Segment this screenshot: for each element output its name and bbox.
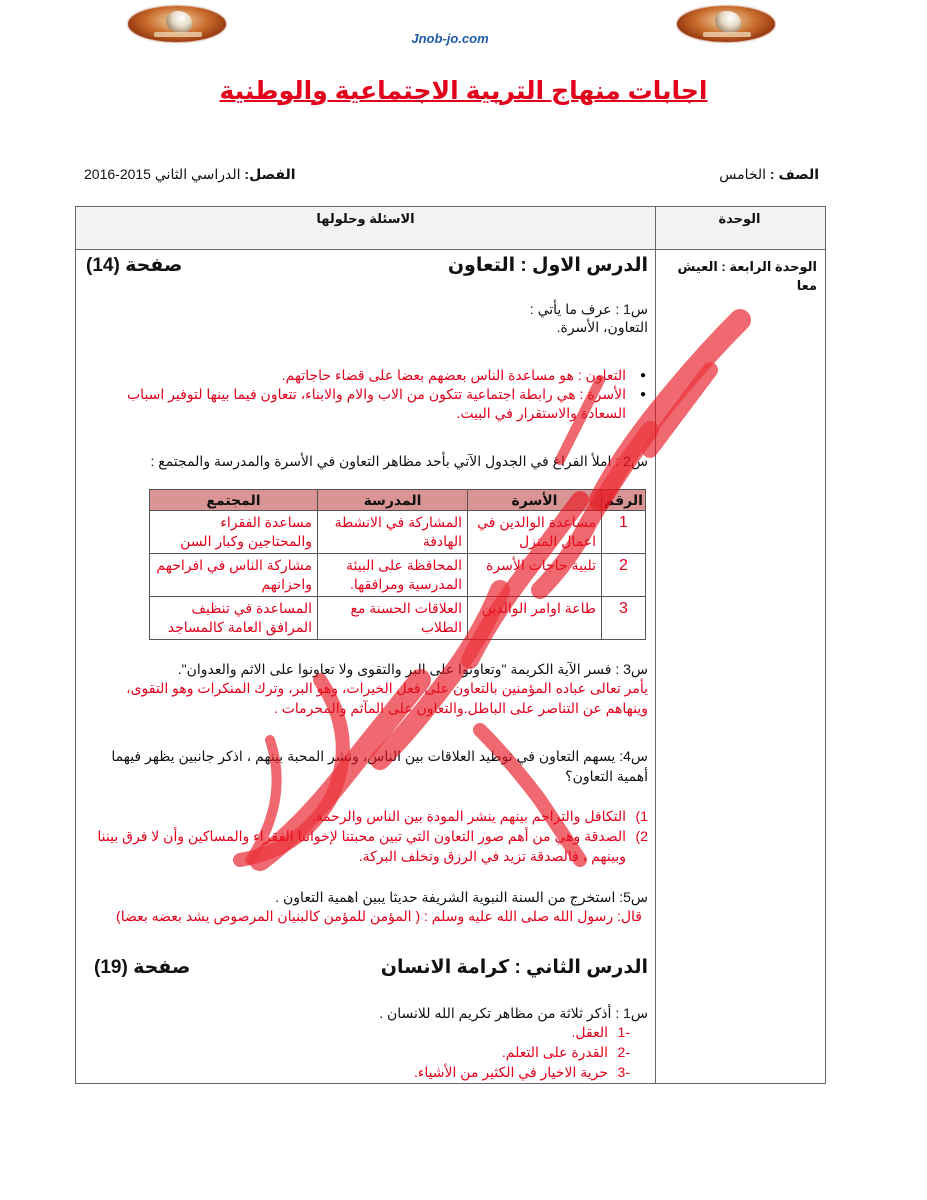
logo-caption (154, 32, 202, 37)
column-divider (655, 207, 656, 1083)
cell: المشاركة في الانشطة الهادفة (318, 511, 468, 554)
cell: 2 (602, 554, 646, 597)
term-label: الفصل: (244, 166, 295, 182)
answer-text: التكافل والتراحم بينهم ينشر المودة بين ا… (312, 808, 626, 824)
term-info: الفصل: الدراسي الثاني 2015-2016 (84, 166, 296, 183)
falcon-icon (715, 11, 741, 33)
lesson1-header: الدرس الاول : التعاون صفحة (14) (86, 254, 648, 277)
q1-answer: التعاون : هو مساعدة الناس بعضهم بعضا على… (86, 366, 648, 385)
lesson1-page: صفحة (14) (86, 254, 182, 277)
q1-question: س1 : عرف ما يأتي : (86, 300, 648, 318)
lesson2-q1-block: س1 : أذكر ثلاثة من مظاهر تكريم الله للان… (86, 1004, 648, 1082)
col-header: الأسرة (468, 490, 602, 511)
site-link[interactable]: Jnob-jo.com (385, 31, 515, 46)
answer-number: -2 (618, 1042, 630, 1062)
falcon-icon (166, 11, 192, 33)
table-row: 2 تلبية حاجات الأسرة المحافظة على البيئة… (150, 554, 646, 597)
grade-info: الصف : الخامس (719, 166, 819, 183)
grade-value: الخامس (719, 166, 766, 182)
lesson2-page: صفحة (19) (94, 956, 190, 979)
q2-block: س2 : املأ الفراغ في الجدول الآتي بأحد مظ… (86, 452, 648, 470)
q1-answer: الأسرة : هي رابطة اجتماعية تتكون من الاب… (86, 385, 648, 423)
q5-answer: قال: رسول الله صلى الله عليه وسلم : ( ال… (86, 906, 648, 926)
q4-answer: 2)الصدقة وهي من أهم صور التعاون التي تبي… (86, 826, 648, 866)
term-value: الدراسي الثاني 2015-2016 (84, 166, 241, 182)
logo-right (677, 6, 775, 42)
cell: مساعدة الوالدين في اعمال المنزل (468, 511, 602, 554)
cell: مساعدة الفقراء والمحتاجين وكبار السن (150, 511, 318, 554)
col-header: الرقم (602, 490, 646, 511)
grade-label: الصف : (770, 166, 819, 182)
page-title: اجابات منهاج التربية الاجتماعية والوطنية (0, 76, 927, 106)
q4-answer-list: 1)التكافل والتراحم بينهم ينشر المودة بين… (86, 806, 648, 866)
q1-block: س1 : عرف ما يأتي : التعاون، الأسرة. (86, 300, 648, 336)
q5-block: س5: استخرج من السنة النبوية الشريفة حديث… (86, 888, 648, 926)
answer-number: 1) (636, 806, 648, 826)
q4-block: س4: يسهم التعاون في توطيد العلاقات بين ا… (86, 746, 648, 786)
logo-left (128, 6, 226, 42)
cell: العلاقات الحسنة مع الطلاب (318, 597, 468, 640)
table-row: 1 مساعدة الوالدين في اعمال المنزل المشار… (150, 511, 646, 554)
lesson2-q1-answers: -1العقل. -2القدرة على التعلم. -3حرية الا… (86, 1022, 648, 1082)
cell: مشاركة الناس في افراحهم واحزانهم (150, 554, 318, 597)
unit-name: الوحدة الرابعة : العيش معا (667, 257, 817, 295)
answer-text: القدرة على التعلم. (502, 1044, 608, 1060)
cell: 3 (602, 597, 646, 640)
q4-answer: 1)التكافل والتراحم بينهم ينشر المودة بين… (86, 806, 648, 826)
row-divider (76, 249, 825, 250)
cooperation-table: الرقم الأسرة المدرسة المجتمع 1 مساعدة ال… (149, 489, 646, 640)
lesson2-q1-answer: -1العقل. (86, 1022, 630, 1042)
answer-text: الصدقة وهي من أهم صور التعاون التي تبين … (97, 828, 626, 864)
lesson2-q1-question: س1 : أذكر ثلاثة من مظاهر تكريم الله للان… (86, 1004, 648, 1022)
q3-answer: يأمر تعالى عباده المؤمنين بالتعاون على ف… (86, 678, 648, 718)
header-unit: الوحدة (654, 207, 825, 249)
q3-block: س3 : فسر الآية الكريمة "وتعاونوا على الب… (86, 660, 648, 718)
q1-answer-list: التعاون : هو مساعدة الناس بعضهم بعضا على… (86, 366, 648, 423)
cell: طاعة اوامر الوالدين (468, 597, 602, 640)
q2-question: س2 : املأ الفراغ في الجدول الآتي بأحد مظ… (86, 452, 648, 470)
q3-question: س3 : فسر الآية الكريمة "وتعاونوا على الب… (86, 660, 648, 678)
q5-question: س5: استخرج من السنة النبوية الشريفة حديث… (86, 888, 648, 906)
qa-table: الاسئلة وحلولها الوحدة الوحدة الرابعة : … (75, 206, 826, 1084)
cell: المساعدة في تنظيف المرافق العامة كالمساج… (150, 597, 318, 640)
table-row: 3 طاعة اوامر الوالدين العلاقات الحسنة مع… (150, 597, 646, 640)
logo-caption (703, 32, 751, 37)
page-title-text: اجابات منهاج التربية الاجتماعية والوطنية (219, 77, 707, 105)
q4-question: س4: يسهم التعاون في توطيد العلاقات بين ا… (86, 746, 648, 786)
col-header: المجتمع (150, 490, 318, 511)
cell: 1 (602, 511, 646, 554)
answer-text: العقل. (572, 1024, 608, 1040)
q1-terms: التعاون، الأسرة. (86, 318, 648, 336)
answer-number: -1 (618, 1022, 630, 1042)
col-header: المدرسة (318, 490, 468, 511)
answer-number: -3 (618, 1062, 630, 1082)
answer-number: 2) (636, 826, 648, 846)
cell: تلبية حاجات الأسرة (468, 554, 602, 597)
lesson2-q1-answer: -3حرية الاخيار في الكثير من الأشياء. (86, 1062, 630, 1082)
lesson2-q1-answer: -2القدرة على التعلم. (86, 1042, 630, 1062)
q1-answers: التعاون : هو مساعدة الناس بعضهم بعضا على… (86, 366, 648, 423)
lesson2-header: الدرس الثاني : كرامة الانسان صفحة (19) (86, 956, 648, 979)
cell: المحافظة على البيئة المدرسية ومرافقها. (318, 554, 468, 597)
answer-text: حرية الاخيار في الكثير من الأشياء. (414, 1064, 608, 1080)
header-questions: الاسئلة وحلولها (76, 207, 655, 249)
q4-answers: 1)التكافل والتراحم بينهم ينشر المودة بين… (86, 806, 648, 866)
